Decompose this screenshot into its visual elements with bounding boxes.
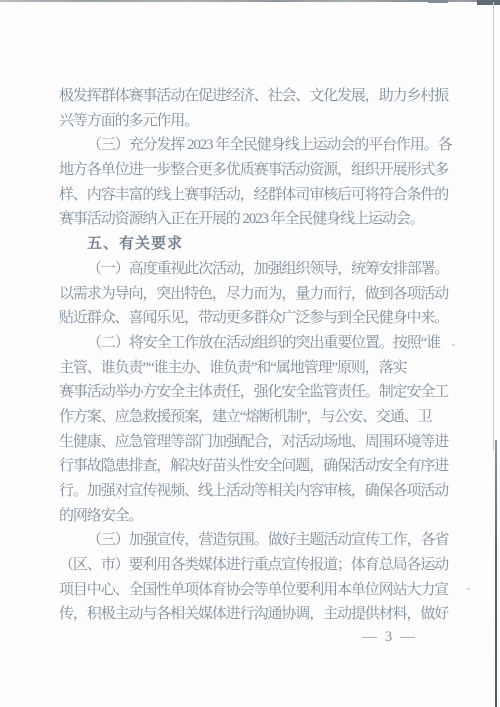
doc-line: 的网络安全。: [59, 504, 451, 529]
doc-line: 兴等方面的多元作用。: [59, 109, 451, 134]
doc-paragraph-start: （二）将安全工作放在活动组织的突出重要位置。按照“谁: [59, 331, 451, 356]
doc-line: 传，积极主动与各相关媒体进行沟通协调，主动提供材料，做好: [59, 602, 451, 627]
doc-line: 作方案、应急救援预案，建立“熔断机制”，与公安、交通、卫: [59, 405, 451, 430]
doc-line: 贴近群众、喜闻乐见，带动更多群众广泛参与到全民健身中来。: [59, 306, 451, 331]
doc-line: 以需求为导向，突出特色，尽力而为，量力而行，做到各项活动: [59, 282, 451, 307]
page-number: — 3 —: [362, 628, 417, 646]
doc-line: 行。加强对宣传视频、线上活动等相关内容审核，确保各项活动: [59, 479, 451, 504]
doc-paragraph-start: （三）加强宣传，营造氛围。做好主题活动宣传工作，各省: [59, 528, 451, 553]
doc-line: 主管、谁负责”“谁主办、谁负责”和“属地管理”原则，落实: [59, 356, 451, 381]
doc-line: （区、市）要利用各类媒体进行重点宣传报道；体育总局各运动: [59, 553, 451, 578]
scan-right-edge-shadow: [495, 440, 497, 707]
doc-line: 地方各单位进一步整合更多优质赛事活动资源，组织开展形式多: [59, 158, 451, 183]
doc-paragraph-start: （一）高度重视此次活动，加强组织领导，统筹安排部署。: [59, 257, 451, 282]
scan-top-edge-line: [0, 0, 500, 2]
doc-paragraph-start: （三）充分发挥 2023 年全民健身线上运动会的平台作用。各: [59, 133, 451, 158]
scanned-document-page: 极发挥群体赛事活动在促进经济、社会、文化发展，助力乡村振 兴等方面的多元作用。 …: [0, 0, 500, 707]
doc-line: 生健康、应急管理等部门加强配合，对活动场地、周围环境等进: [59, 430, 451, 455]
document-body: 极发挥群体赛事活动在促进经济、社会、文化发展，助力乡村振 兴等方面的多元作用。 …: [59, 84, 451, 627]
scan-top-edge-mark: [428, 0, 448, 3]
doc-line: 赛事活动资源纳入正在开展的 2023 年全民健身线上运动会。: [59, 207, 451, 232]
section-heading: 五、有关要求: [59, 232, 451, 257]
doc-line: 赛事活动举办方安全主体责任，强化安全监管责任。制定安全工: [59, 380, 451, 405]
scan-right-edge-line: [493, 2, 494, 450]
doc-line: 项目中心、全国性单项体育协会等单位要利用本单位网站大力宣: [59, 578, 451, 603]
doc-line: 行事故隐患排查，解决好苗头性安全问题，确保活动安全有序进: [59, 454, 451, 479]
scan-speck: [452, 344, 455, 346]
scan-corner-artifact: [477, 0, 500, 5]
scan-speck: [467, 588, 470, 590]
doc-line: 极发挥群体赛事活动在促进经济、社会、文化发展，助力乡村振: [59, 84, 451, 109]
doc-line: 样、内容丰富的线上赛事活动，经群体司审核后可将符合条件的: [59, 183, 451, 208]
